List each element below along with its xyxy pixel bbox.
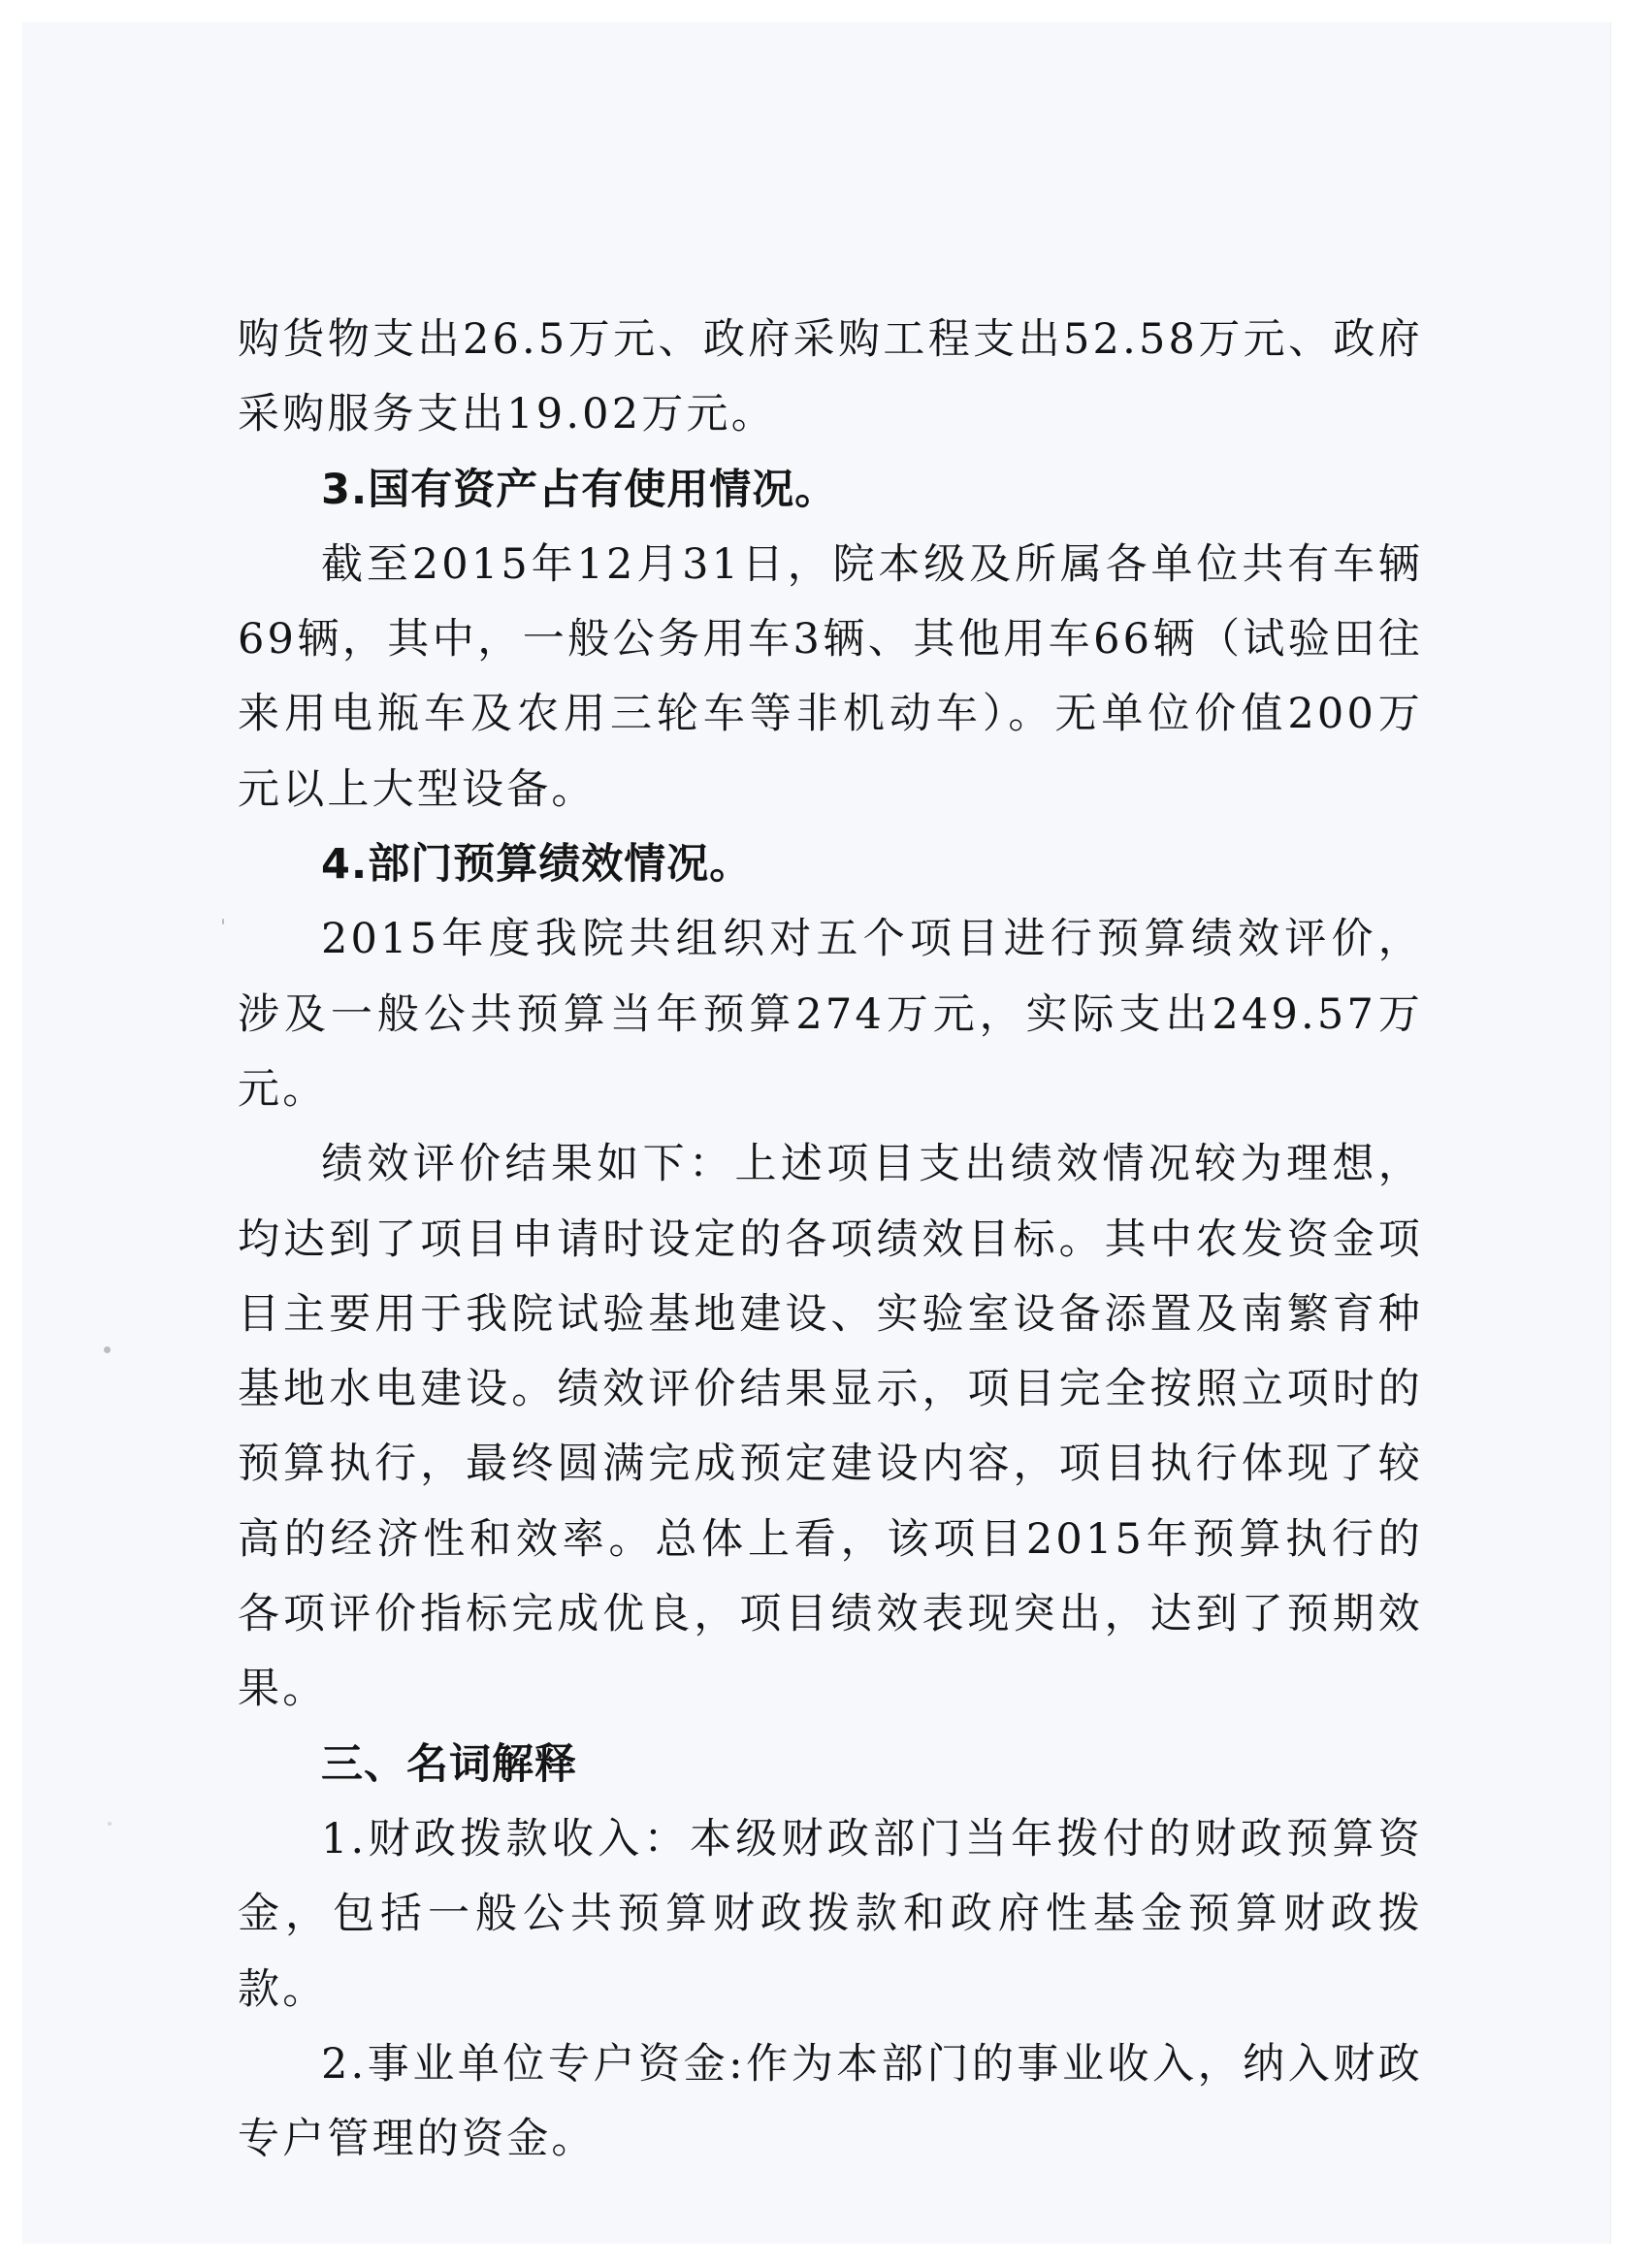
paragraph-vehicles: 截至2015年12月31日，院本级及所属各单位共有车辆69辆，其中，一般公务用车… — [238, 528, 1423, 827]
paragraph-evaluation-scope: 2015年度我院共组织对五个项目进行预算绩效评价，涉及一般公共预算当年预算274… — [238, 902, 1423, 1127]
document-body: 购货物支出26.5万元、政府采购工程支出52.58万元、政府采购服务支出19.0… — [238, 303, 1423, 2177]
glossary-item-special-account-funds: 2.事业单位专户资金:作为本部门的事业收入，纳入财政专户管理的资金。 — [238, 2027, 1423, 2178]
section-heading-budget-performance: 4.部门预算绩效情况。 — [238, 827, 1423, 902]
paragraph-evaluation-results: 绩效评价结果如下：上述项目支出绩效情况较为理想，均达到了项目申请时设定的各项绩效… — [238, 1127, 1423, 1727]
scan-speck — [222, 919, 224, 924]
paragraph-continuation: 购货物支出26.5万元、政府采购工程支出52.58万元、政府采购服务支出19.0… — [238, 303, 1423, 453]
glossary-item-fiscal-appropriation: 1.财政拨款收入：本级财政部门当年拨付的财政预算资金，包括一般公共预算财政拨款和… — [238, 1802, 1423, 2027]
scan-speck — [108, 1822, 112, 1826]
section-heading-state-assets: 3.国有资产占有使用情况。 — [238, 453, 1423, 528]
section-heading-glossary: 三、名词解释 — [238, 1728, 1423, 1802]
scan-speck — [104, 1346, 111, 1353]
